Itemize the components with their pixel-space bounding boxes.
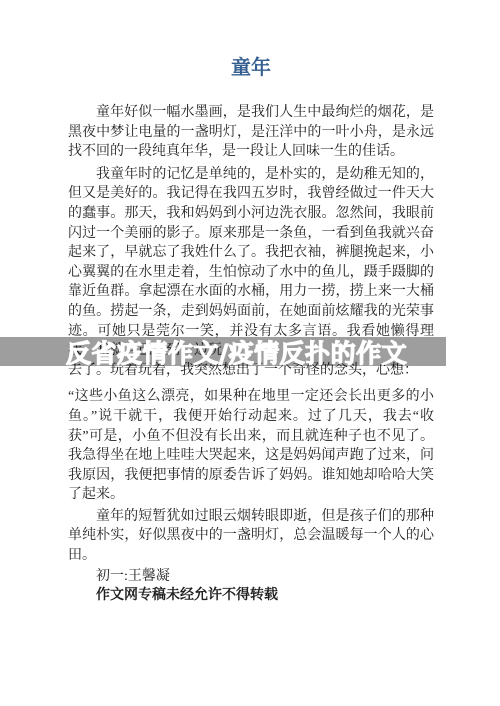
- watermark-band: 反省疫情作文/疫情反扑的作文: [0, 337, 446, 366]
- paragraph-closing: 童年的短暂犹如过眼云烟转眼即逝，但是孩子们的那种单纯朴实，好似黑夜中的一盏明灯，…: [68, 507, 434, 566]
- document-title: 童年: [68, 55, 434, 81]
- document-page: 童年 童年好似一幅水墨画，是我们人生中最绚烂的烟花，是黑夜中梦让电量的一盏明灯，…: [0, 0, 500, 706]
- paragraph-intro: 童年好似一幅水墨画，是我们人生中最绚烂的烟花，是黑夜中梦让电量的一盏明灯，是汪洋…: [68, 103, 434, 162]
- copyright-notice: 作文网专稿未经允许不得转载: [68, 586, 434, 606]
- author-byline: 初一:王馨凝: [68, 567, 434, 587]
- document-content: 童年 童年好似一幅水墨画，是我们人生中最绚烂的烟花，是黑夜中梦让电量的一盏明灯，…: [68, 55, 434, 606]
- paragraph-memory-part1: 我童年时的记忆是单纯的，是朴实的，是幼稚无知的，但又是美好的。我记得在我四五岁时…: [68, 165, 434, 361]
- watermark-text: 反省疫情作文/疫情反扑的作文: [66, 334, 407, 370]
- paragraph-memory-part2: “这些小鱼这么漂亮，如果种在地里一定还会长出更多的小鱼。”说干就干，我便开始行动…: [68, 387, 434, 505]
